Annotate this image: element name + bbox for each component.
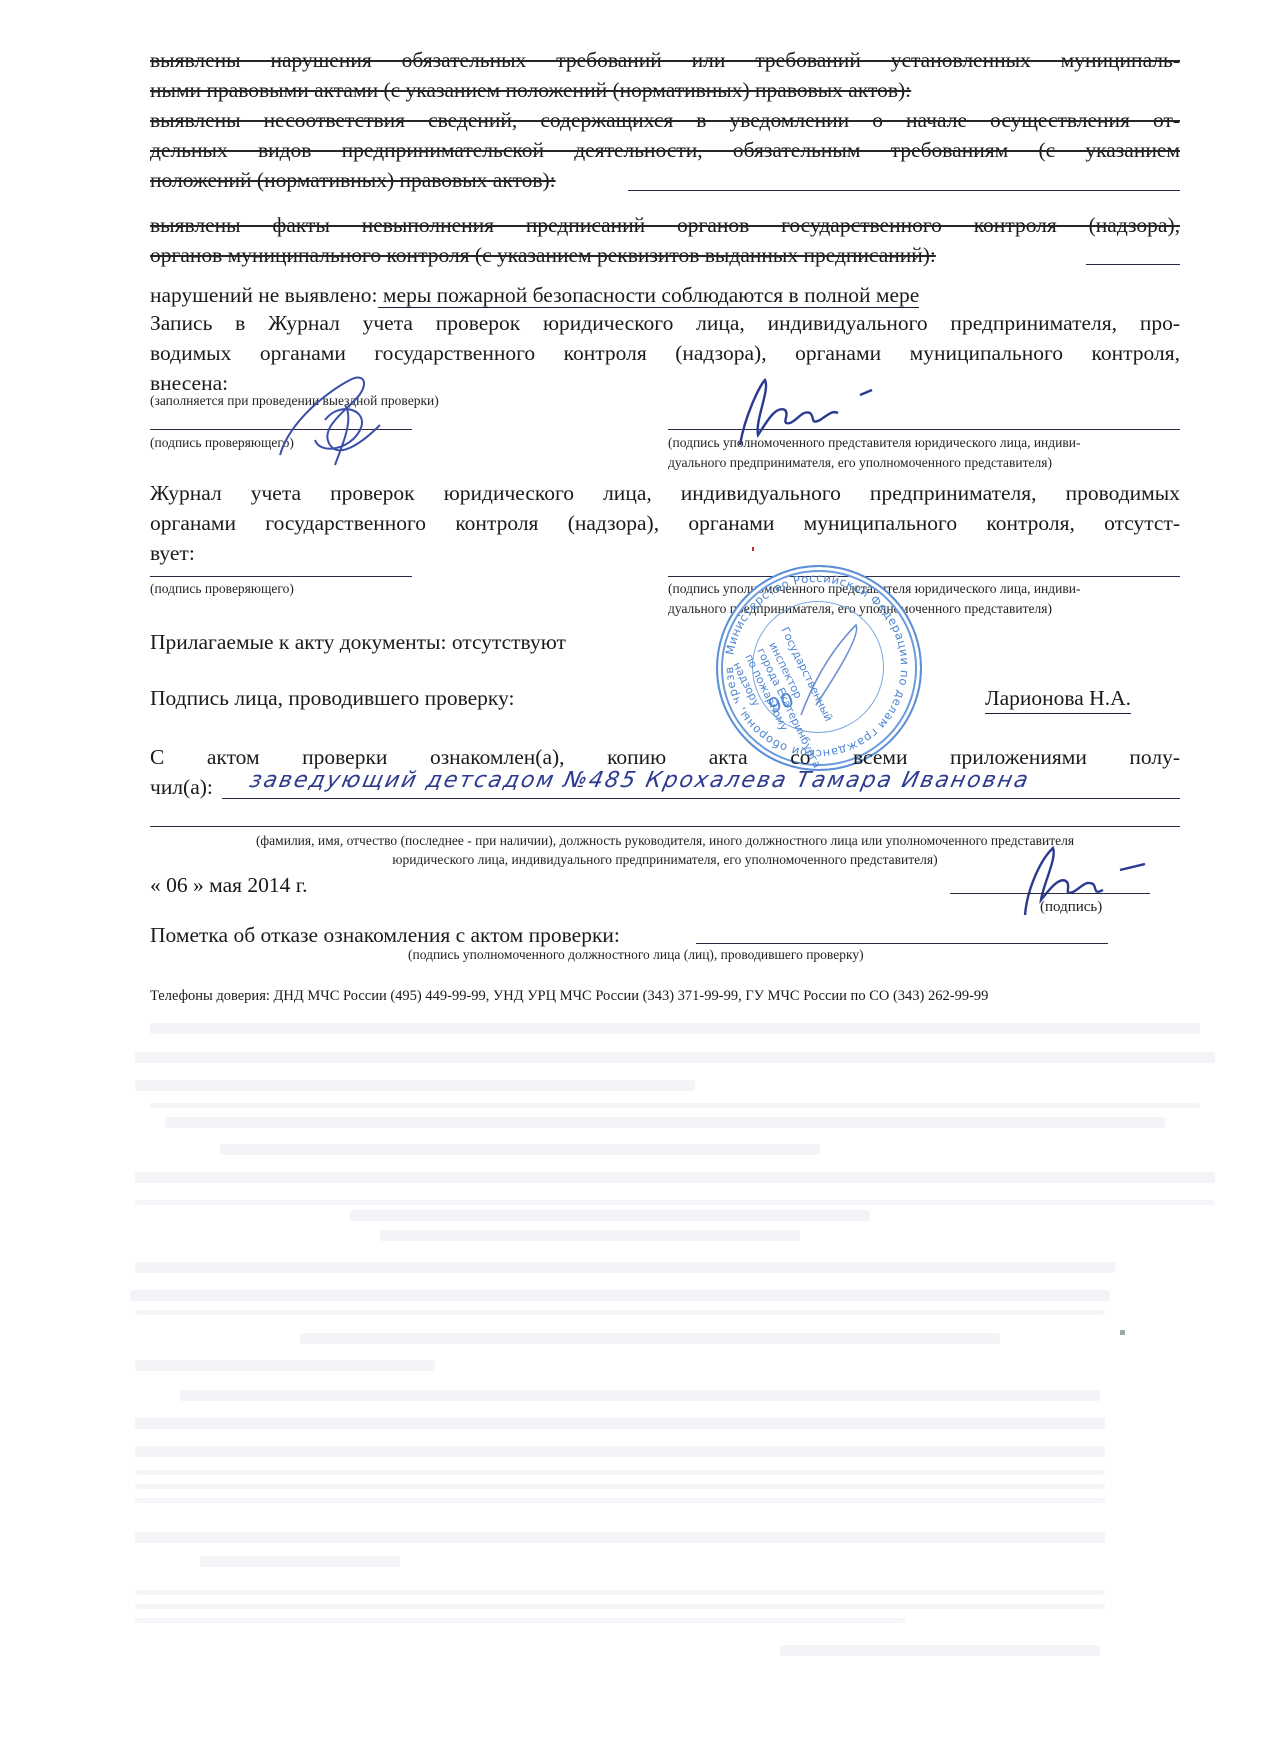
- refusal-caption: (подпись уполномоченного должностного ли…: [408, 946, 864, 964]
- journal-entry-line-1: Запись в Журнал учета проверок юридическ…: [150, 308, 1180, 338]
- recipient-signature-line: [950, 893, 1150, 894]
- act-date: « 06 » мая 2014 г.: [150, 870, 308, 900]
- non-compliance-blank-line: [1086, 264, 1180, 265]
- inconsistencies-blank-line: [628, 190, 1180, 191]
- no-violations-label: нарушений не выявлено:: [150, 283, 378, 307]
- ack-word: С: [150, 742, 164, 772]
- inconsistencies-line-2: дельных видов предпринимательской деятел…: [150, 135, 1180, 165]
- no-violations-value: меры пожарной безопасности соблюдаются в…: [378, 283, 920, 308]
- violations-line-2: ными правовыми актами (с указанием полож…: [150, 75, 911, 105]
- journal-absent-line-3: вует:: [150, 538, 195, 568]
- inspector-signature-caption-2: (подпись проверяющего): [150, 580, 294, 598]
- inspector-signature-line-2: [150, 576, 412, 577]
- inspector-signature-scribble: [270, 360, 410, 480]
- red-mark: [752, 547, 754, 551]
- inconsistencies-line-1: выявлены несоответствия сведений, содерж…: [150, 105, 1180, 135]
- acknowledgement-label: чил(а):: [150, 772, 213, 802]
- scan-speck: [1120, 1330, 1125, 1335]
- non-compliance-line-1: выявлены факты невыполнения предписаний …: [150, 210, 1180, 240]
- non-compliance-line-2: органов муниципального контроля (с указа…: [150, 240, 936, 270]
- attachments: Прилагаемые к акту документы: отсутствую…: [150, 627, 566, 657]
- acknowledgement-blank-line: [222, 798, 1180, 799]
- inspector-name: Ларионова Н.А.: [985, 683, 1131, 714]
- acknowledgement-second-line: [150, 826, 1180, 827]
- representative-caption-1b: дуального предпринимателя, его уполномоч…: [668, 454, 1052, 472]
- refusal-blank-line: [696, 943, 1108, 944]
- acknowledgement-handwritten: заведующий детсадом №485 Крохалева Тамар…: [247, 768, 1032, 793]
- journal-absent-line-1: Журнал учета проверок юридического лица,…: [150, 478, 1180, 508]
- recipient-signature-caption: (подпись): [1040, 898, 1102, 916]
- journal-absent-line-2: органами государственного контроля (надз…: [150, 508, 1180, 538]
- ack-word: полу-: [1129, 742, 1180, 772]
- hotline-phones: Телефоны доверия: ДНД МЧС России (495) 4…: [150, 988, 988, 1005]
- representative-signature-scribble: [720, 365, 880, 455]
- no-violations-row: нарушений не выявлено: меры пожарной без…: [150, 280, 919, 310]
- inconsistencies-line-3: положений (нормативных) правовых актов):: [150, 165, 556, 195]
- document-page: выявлены нарушения обязательных требован…: [0, 0, 1276, 1755]
- inspector-signature-label: Подпись лица, проводившего проверку:: [150, 683, 515, 713]
- violations-line-1: выявлены нарушения обязательных требован…: [150, 45, 1180, 75]
